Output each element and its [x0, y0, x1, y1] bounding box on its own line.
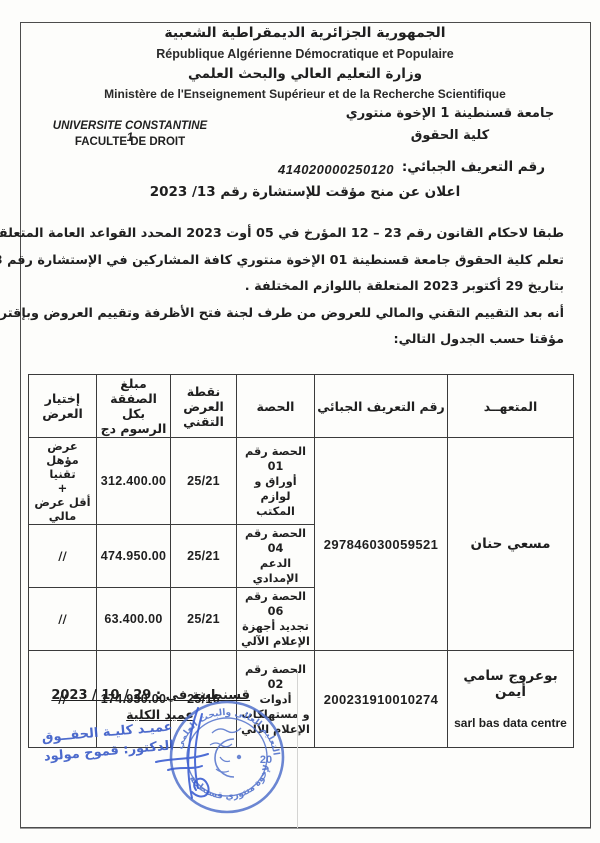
contractor-tax-id: 297846030059521 — [315, 438, 448, 651]
col-header-amount: مبلغ الصفقة بكل الرسوم دج — [97, 375, 171, 438]
faculty-name-fr: FACULTE DE DROIT — [50, 136, 210, 148]
score-cell: 25/21 — [171, 438, 237, 525]
paragraph-line: بتاريخ 29 أكتوبر 2023 المتعلقة باللوازم … — [36, 274, 564, 301]
contractor-name-ar: بوعروج سامي أيمن — [450, 668, 571, 700]
announcement-title: اعلان عن منح مؤقت للإستشارة رقم 13/ 2023 — [20, 184, 590, 200]
amount-cell: 312.400.00 — [97, 438, 171, 525]
lot-cell: الحصة رقم 01 أوراق و لوازم المكتب — [237, 438, 315, 525]
header-ministry-fr: Ministère de l'Enseignement Supérieur et… — [20, 87, 590, 101]
lot-cell: الحصة رقم 04 الدعم الإمدادي — [237, 525, 315, 588]
col-header-selection: إختيار العرض — [29, 375, 97, 438]
paragraph-line: تعلم كلية الحقوق جامعة قسنطينة 01 الإخوة… — [36, 248, 564, 275]
selection-cell: // — [29, 525, 97, 588]
score-cell: 25/21 — [171, 525, 237, 588]
col-header-tax-id: رقم التعريف الجبائي — [315, 375, 448, 438]
contractor-name: مسعي حنان — [448, 438, 574, 651]
amount-cell: 474.950.00 — [97, 525, 171, 588]
table-row: مسعي حنان 297846030059521 الحصة رقم 01 أ… — [29, 438, 574, 525]
col-header-tech-score: نقطة العرض التقني — [171, 375, 237, 438]
place-date: قسنطينة في : 29 / 10 / 2023 — [51, 688, 250, 703]
contractor-name: بوعروج سامي أيمن sarl bas data centre — [448, 651, 574, 748]
paragraph-line: طبقا لاحكام القانون رقم 23 – 12 المؤرخ ف… — [36, 221, 564, 248]
scanned-document-page: { "header": { "republic_ar": "الجمهورية … — [0, 0, 600, 843]
lot-cell: الحصة رقم 06 تجديد أجهزة الإعلام الآلي — [237, 588, 315, 651]
body-paragraph: طبقا لاحكام القانون رقم 23 – 12 المؤرخ ف… — [36, 221, 564, 354]
paragraph-line: أنه بعد التقييم التقني والمالي للعروض من… — [36, 301, 564, 328]
university-name-ar: جامعة قسنطينة 1 الإخوة منتوري — [330, 106, 570, 121]
contractor-tax-id: 200231910010274 — [315, 651, 448, 748]
amount-cell: 63.400.00 — [97, 588, 171, 651]
contractor-name-latin: sarl bas data centre — [450, 716, 571, 730]
selection-cell: عرض مؤهل تقنيا + أقل عرض مالي — [29, 438, 97, 525]
table-header-row: المتعهــد رقم التعريف الجبائي الحصة نقطة… — [29, 375, 574, 438]
scan-fold-line — [297, 672, 298, 828]
tax-id-value: 414020000250120 — [278, 162, 394, 177]
header-republic-ar: الجمهورية الجزائرية الديمقراطية الشعبية — [20, 25, 590, 41]
selection-cell: // — [29, 588, 97, 651]
tax-id-label: رقم التعريف الجبائي: — [402, 159, 545, 175]
faculty-name-ar: كلية الحقوق — [330, 128, 570, 143]
header-republic-fr: République Algérienne Démocratique et Po… — [20, 47, 590, 61]
header-ministry-ar: وزارة التعليم العالي والبحث العلمي — [20, 66, 590, 82]
score-cell: 25/21 — [171, 588, 237, 651]
paragraph-line: مؤقتا حسب الجدول التالي: — [36, 327, 564, 354]
col-header-lot: الحصة — [237, 375, 315, 438]
col-header-contractor: المتعهــد — [448, 375, 574, 438]
